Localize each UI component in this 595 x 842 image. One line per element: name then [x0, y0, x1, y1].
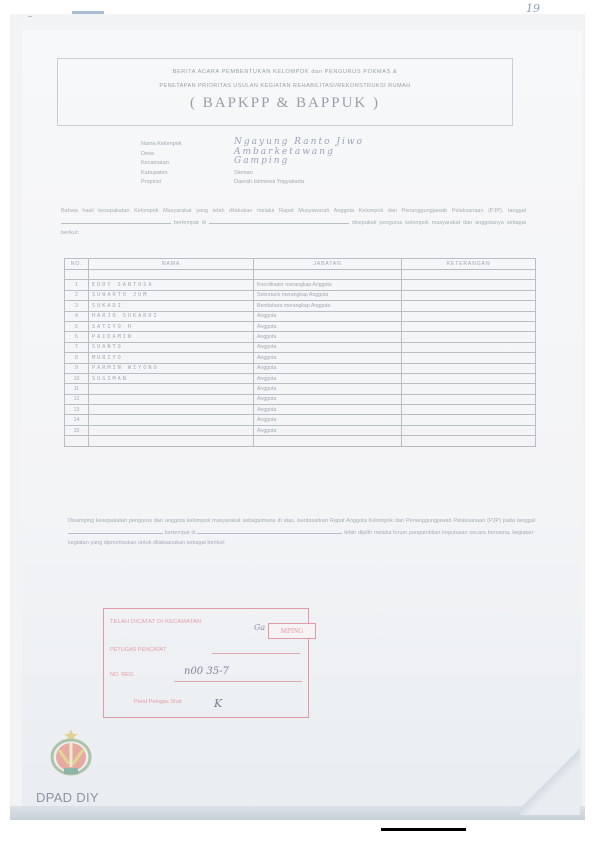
stamp-line-1: TELAH DICATAT DI KECAMATAN [110, 619, 201, 625]
table-row: 14Anggota [65, 415, 536, 425]
member-notes [402, 280, 536, 290]
date-blank [68, 527, 163, 534]
table-row: 12Anggota [65, 394, 536, 404]
stamp-district-box: MPING [268, 623, 316, 639]
page-number: 19 [526, 2, 540, 15]
table-row: 11Anggota [65, 384, 536, 394]
info-value: Daerah Istimewa Yogyakarta [234, 179, 304, 185]
table-row: 2SUWARTO JUMSekretaris merangkap Anggota [65, 290, 536, 300]
member-notes [402, 363, 536, 373]
intro-paragraph: Bahwa hasil kesepakatan Kelompok Masyara… [61, 206, 526, 239]
member-notes [402, 311, 536, 321]
member-notes [402, 332, 536, 342]
member-position: Anggota [254, 373, 402, 383]
row-number: 15 [65, 425, 89, 435]
member-position [254, 436, 402, 446]
table-row: 6PAIDAMINAnggota [65, 332, 536, 342]
table-row: 5SATIYO HAnggota [65, 321, 536, 331]
row-number: 8 [65, 353, 89, 363]
member-position: Anggota [254, 425, 402, 435]
member-notes [402, 425, 536, 435]
member-notes [402, 321, 536, 331]
row-number: 7 [65, 342, 89, 352]
stamp-line-3: NO. REG. [110, 672, 135, 678]
info-value: Sleman [234, 170, 253, 176]
member-position: Anggota [254, 332, 402, 342]
stamp-underline [212, 653, 300, 654]
members-table-wrap: NO. NAMA JABATAN KETERANGAN 1EDDY SANTOS… [64, 258, 536, 500]
member-notes [402, 394, 536, 404]
table-row: 9PARMIN WIYONOAnggota [65, 363, 536, 373]
paragraph-text: bertempat di [165, 530, 196, 536]
info-label: Desa [141, 151, 154, 157]
table-row: 1EDDY SANTOSAKoordinator merangkap Anggo… [65, 280, 536, 290]
row-number: 14 [65, 415, 89, 425]
stamp-reg-number: n00 35-7 [184, 666, 229, 677]
priority-paragraph: Disamping kesepakatan pengurus dan anggo… [68, 516, 535, 549]
info-value: Gamping [234, 156, 289, 166]
stamp-underline [174, 681, 302, 682]
title-line-1: BERITA ACARA PEMBENTUKAN KELOMPOK dan PE… [58, 69, 512, 75]
row-number: 10 [65, 373, 89, 383]
member-position: Sekretaris merangkap Anggota [254, 290, 402, 300]
member-notes [402, 353, 536, 363]
members-table: NO. NAMA JABATAN KETERANGAN 1EDDY SANTOS… [64, 258, 536, 447]
member-notes [402, 415, 536, 425]
page-shadow [10, 806, 585, 820]
info-row-district: Kecamatan Gamping [141, 160, 461, 170]
row-number: 12 [65, 394, 89, 404]
table-header-row: NO. NAMA JABATAN KETERANGAN [65, 259, 536, 270]
row-number: 1 [65, 280, 89, 290]
member-name [89, 384, 254, 394]
member-position: Anggota [254, 363, 402, 373]
title-line-2: PENETAPAN PRIORITAS USULAN KEGIATAN REHA… [58, 83, 512, 89]
place-blank [209, 217, 349, 224]
date-blank [61, 217, 171, 224]
member-notes [402, 342, 536, 352]
member-position: Koordinator merangkap Anggota [254, 280, 402, 290]
info-row-regency: Kabupaten Sleman [141, 170, 461, 180]
info-label: Kecamatan [141, 160, 169, 166]
info-value: Ambarketawang [234, 147, 335, 157]
header-notes: KETERANGAN [402, 259, 536, 270]
title-box: BERITA ACARA PEMBENTUKAN KELOMPOK dan PE… [57, 58, 513, 126]
info-label: Nama Kelompok [141, 141, 182, 147]
member-name [89, 405, 254, 415]
member-name [89, 425, 254, 435]
bottom-rule [381, 828, 466, 831]
member-name: HARJO SUKARDI [89, 311, 254, 321]
info-label: Propinsi [141, 179, 161, 185]
member-position: Anggota [254, 415, 402, 425]
member-name: SUANTO [89, 342, 254, 352]
header-position: JABATAN [254, 259, 402, 270]
group-info: Nama Kelompok Ngayung Ranto Jiwo Desa Am… [141, 141, 461, 189]
paragraph-text: bertempat di [174, 220, 206, 226]
member-name [89, 436, 254, 446]
watermark-label: DPAD DIY [36, 790, 99, 805]
member-name: SUKADI [89, 301, 254, 311]
yogyakarta-coat-of-arms-icon [49, 728, 93, 778]
member-name: MURIYO [89, 353, 254, 363]
table-row: 13Anggota [65, 405, 536, 415]
stamp-line-2: PETUGAS PENCATAT [110, 647, 166, 653]
members-table-body: 1EDDY SANTOSAKoordinator merangkap Anggo… [65, 280, 536, 446]
member-position: Anggota [254, 405, 402, 415]
member-name: SUGIMAN [89, 373, 254, 383]
document-title: ( BAPKPP & BAPPUK ) [58, 95, 512, 112]
pen-mark [72, 11, 104, 14]
info-label: Kabupaten [141, 170, 168, 176]
table-row: 7SUANTOAnggota [65, 342, 536, 352]
member-position: Bendahara merangkap Anggota [254, 301, 402, 311]
member-notes [402, 405, 536, 415]
member-name [89, 394, 254, 404]
stamp-handwritten-prefix: Ga [254, 623, 265, 632]
member-name: PAIDAMIN [89, 332, 254, 342]
stamp-line-4: Paraf Petugas Stub [134, 699, 182, 705]
member-notes [402, 373, 536, 383]
paragraph-text: Disamping kesepakatan pengurus dan anggo… [68, 518, 535, 524]
table-row: 15Anggota [65, 425, 536, 435]
place-blank [197, 527, 342, 534]
member-name [89, 415, 254, 425]
paragraph-text: Bahwa hasil kesepakatan Kelompok Masyara… [61, 208, 526, 214]
member-name: SATIYO H [89, 321, 254, 331]
member-notes [402, 301, 536, 311]
table-row: 8MURIYOAnggota [65, 353, 536, 363]
scan-mark: ~ [28, 14, 32, 21]
member-position: Anggota [254, 394, 402, 404]
member-name: PARMIN WIYONO [89, 363, 254, 373]
registration-stamp: TELAH DICATAT DI KECAMATAN MPING Ga PETU… [103, 608, 309, 718]
folded-corner [520, 745, 580, 815]
table-row [65, 436, 536, 446]
member-name: EDDY SANTOSA [89, 280, 254, 290]
member-notes [402, 384, 536, 394]
row-number: 6 [65, 332, 89, 342]
row-number: 4 [65, 311, 89, 321]
member-position: Anggota [254, 384, 402, 394]
row-number: 9 [65, 363, 89, 373]
row-number: 11 [65, 384, 89, 394]
row-number: 5 [65, 321, 89, 331]
member-name: SUWARTO JUM [89, 290, 254, 300]
member-position: Anggota [254, 353, 402, 363]
info-row-province: Propinsi Daerah Istimewa Yogyakarta [141, 179, 461, 189]
member-position: Anggota [254, 321, 402, 331]
row-number: 13 [65, 405, 89, 415]
table-row: 4HARJO SUKARDIAnggota [65, 311, 536, 321]
row-number [65, 436, 89, 446]
table-row: 10SUGIMANAnggota [65, 373, 536, 383]
member-notes [402, 290, 536, 300]
row-number: 2 [65, 290, 89, 300]
member-position: Anggota [254, 311, 402, 321]
table-spacer-row [65, 270, 536, 280]
stamp-signature: K [214, 697, 222, 710]
table-row: 3SUKADIBendahara merangkap Anggota [65, 301, 536, 311]
row-number: 3 [65, 301, 89, 311]
header-no: NO. [65, 259, 89, 270]
info-value: Ngayung Ranto Jiwo [234, 137, 364, 147]
member-position: Anggota [254, 342, 402, 352]
member-notes [402, 436, 536, 446]
info-row-village: Desa Ambarketawang [141, 151, 461, 161]
header-name: NAMA [89, 259, 254, 270]
